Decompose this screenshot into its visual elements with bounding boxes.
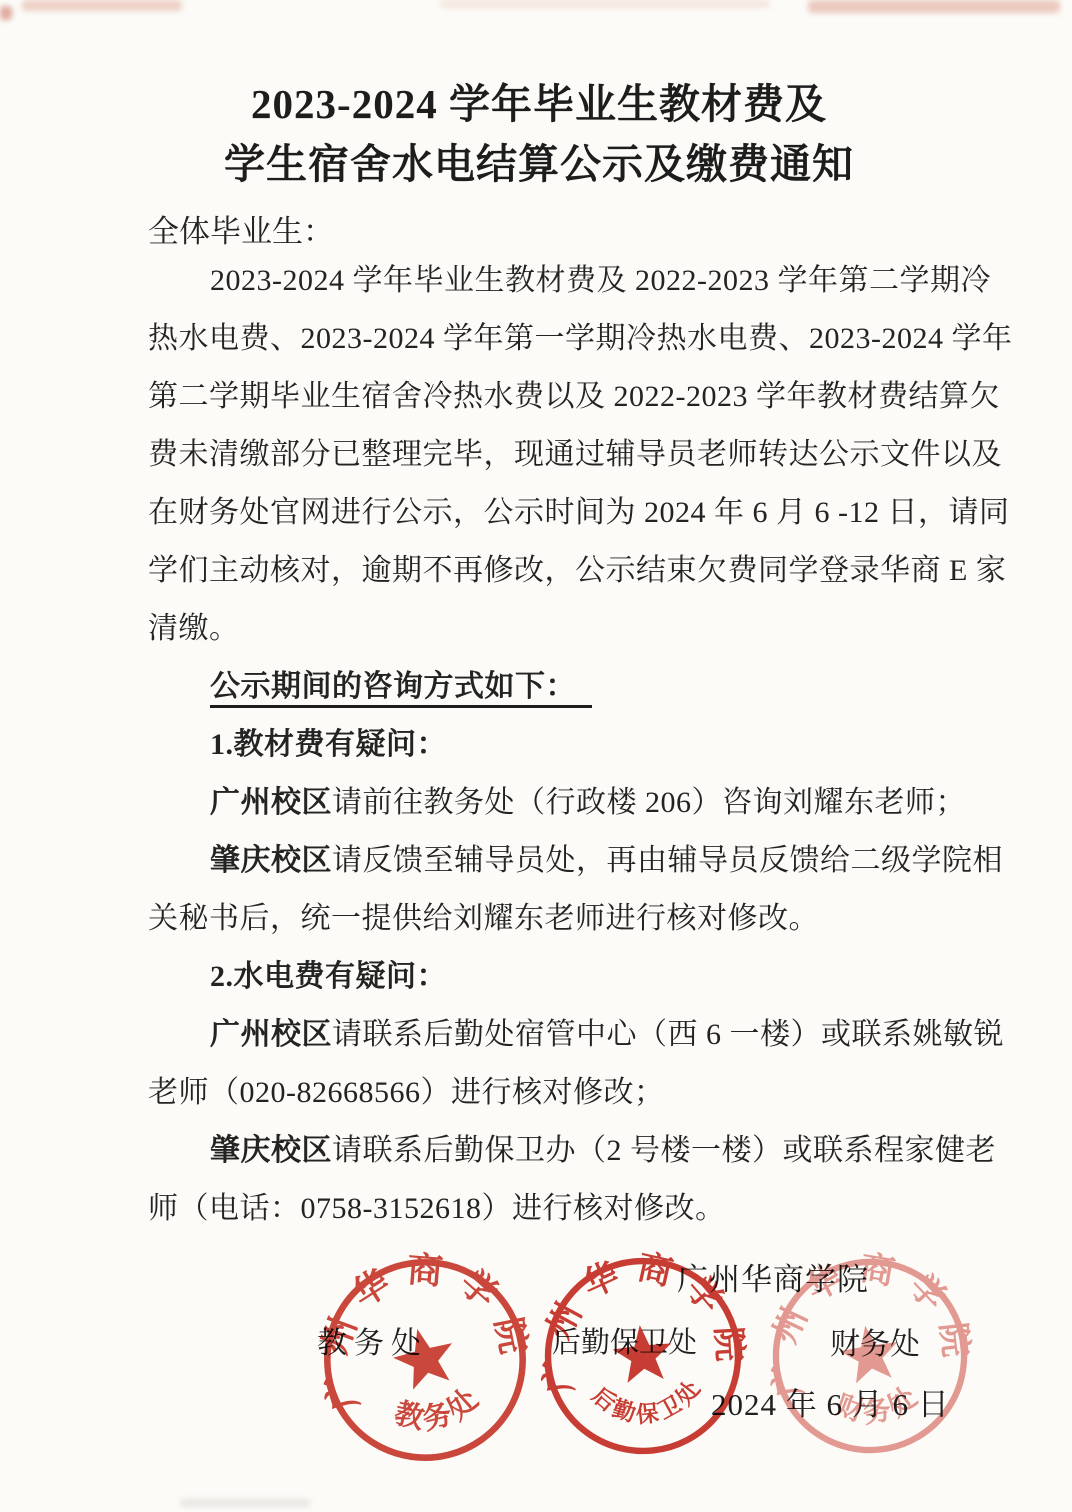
body-line: 费未清缴部分已整理完毕，现通过辅导员老师转达公示文件以及 bbox=[148, 426, 930, 484]
paragraph-lines: 2023-2024 学年毕业生教材费及 2022-2023 学年第二学期冷热水电… bbox=[148, 252, 930, 1238]
body-line: 第二学期毕业生宿舍冷热水费以及 2022-2023 学年教材费结算欠 bbox=[148, 368, 930, 426]
scan-artifact-bottom bbox=[180, 1499, 310, 1507]
body-line: 师（电话：0758-3152618）进行核对修改。 bbox=[148, 1180, 930, 1238]
body-line: 肇庆校区请联系后勤保卫办（2 号楼一楼）或联系程家健老 bbox=[148, 1122, 930, 1180]
body-line: 1.教材费有疑问： bbox=[148, 716, 930, 774]
signature-dept-houqinbaoweichu: 后勤保卫处 bbox=[552, 1320, 697, 1361]
line-text: 请联系后勤保卫办（2 号楼一楼）或联系程家健老 bbox=[332, 1134, 996, 1167]
line-text: 在财务处官网进行公示，公示时间为 2024 年 6 月 6 -12 日，请同 bbox=[148, 496, 1010, 529]
line-text: 学们主动核对，逾期不再修改，公示结束欠费同学登录华商 E 家 bbox=[148, 554, 1006, 587]
body-line: 2.水电费有疑问： bbox=[148, 948, 930, 1006]
body-line: 学们主动核对，逾期不再修改，公示结束欠费同学登录华商 E 家 bbox=[148, 542, 930, 600]
line-text: 费未清缴部分已整理完毕，现通过辅导员老师转达公示文件以及 bbox=[148, 438, 1002, 471]
body-line: 在财务处官网进行公示，公示时间为 2024 年 6 月 6 -12 日，请同 bbox=[148, 484, 930, 542]
body-line: 老师（020-82668566）进行核对修改； bbox=[148, 1064, 930, 1122]
signature-org-name: 广州华商学院 bbox=[677, 1254, 869, 1299]
bold-campus-prefix: 肇庆校区 bbox=[210, 1134, 332, 1167]
body-line: 公示期间的咨询方式如下： bbox=[148, 658, 930, 716]
line-text: 师（电话：0758-3152618）进行核对修改。 bbox=[148, 1192, 726, 1225]
line-text: 清缴。 bbox=[148, 612, 240, 645]
line-text: 老师（020-82668566）进行核对修改； bbox=[148, 1076, 665, 1109]
scan-artifact-top bbox=[440, 0, 770, 8]
signature-dept-caiwuchu: 财务处 bbox=[830, 1319, 920, 1363]
document-body: 2023-2024 学年毕业生教材费及 学生宿舍水电结算公示及缴费通知 全体毕业… bbox=[148, 74, 930, 1238]
line-text: 关秘书后，统一提供给刘耀东老师进行核对修改。 bbox=[148, 902, 819, 935]
line-text: 请联系后勤处宿管中心（西 6 一楼）或联系姚敏锐 bbox=[332, 1018, 1004, 1051]
line-text: 2.水电费有疑问： bbox=[210, 960, 447, 993]
scan-artifact-edge bbox=[0, 6, 12, 20]
body-line: 热水电费、2023-2024 学年第一学期冷热水电费、2023-2024 学年 bbox=[148, 310, 930, 368]
scanned-notice-page: 2023-2024 学年毕业生教材费及 学生宿舍水电结算公示及缴费通知 全体毕业… bbox=[0, 0, 1072, 1512]
signature-date: 2024 年 6 月 6 日 bbox=[711, 1379, 950, 1424]
line-text: 热水电费、2023-2024 学年第一学期冷热水电费、2023-2024 学年 bbox=[148, 322, 1012, 355]
body-line: 2023-2024 学年毕业生教材费及 2022-2023 学年第二学期冷 bbox=[148, 252, 930, 310]
signature-dept-jiaowuchu: 教务处 bbox=[317, 1318, 428, 1362]
line-text: 请反馈至辅导员处，再由辅导员反馈给二级学院相 bbox=[332, 844, 1003, 877]
line-text: 1.教材费有疑问： bbox=[210, 728, 447, 761]
scan-artifact-top bbox=[808, 0, 1060, 13]
seal-bottom-text: 后勤保卫处 bbox=[585, 1372, 710, 1433]
line-text: 请前往教务处（行政楼 206）咨询刘耀东老师； bbox=[332, 786, 966, 819]
body-line: 清缴。 bbox=[148, 600, 930, 658]
body-line: 关秘书后，统一提供给刘耀东老师进行核对修改。 bbox=[148, 890, 930, 948]
bold-campus-prefix: 肇庆校区 bbox=[210, 844, 332, 877]
scan-artifact-top bbox=[22, 0, 182, 11]
bold-campus-prefix: 广州校区 bbox=[210, 786, 332, 819]
body-line: 广州校区请联系后勤处宿管中心（西 6 一楼）或联系姚敏锐 bbox=[148, 1006, 930, 1064]
salutation: 全体毕业生： bbox=[148, 212, 930, 252]
line-text: 第二学期毕业生宿舍冷热水费以及 2022-2023 学年教材费结算欠 bbox=[148, 380, 1000, 413]
bold-campus-prefix: 广州校区 bbox=[210, 1018, 332, 1051]
line-text: 2023-2024 学年毕业生教材费及 2022-2023 学年第二学期冷 bbox=[210, 264, 991, 297]
seal-bottom-text: 教务处 bbox=[384, 1376, 491, 1444]
body-line: 广州校区请前往教务处（行政楼 206）咨询刘耀东老师； bbox=[148, 774, 930, 832]
document-title-line1: 2023-2024 学年毕业生教材费及 bbox=[148, 74, 930, 134]
body-line: 肇庆校区请反馈至辅导员处，再由辅导员反馈给二级学院相 bbox=[148, 832, 930, 890]
line-text: 公示期间的咨询方式如下： bbox=[210, 670, 576, 703]
document-title-line2: 学生宿舍水电结算公示及缴费通知 bbox=[148, 134, 930, 194]
